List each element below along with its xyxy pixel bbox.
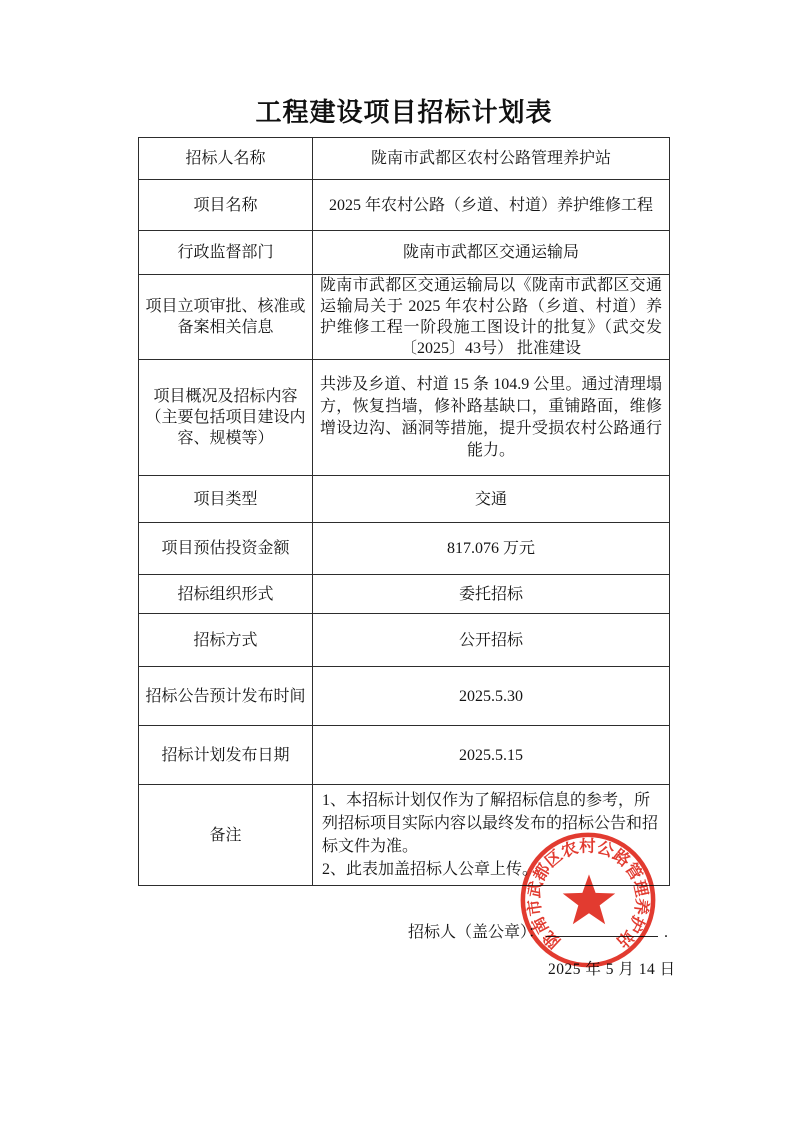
table-row: 行政监督部门 陇南市武都区交通运输局 [139, 231, 670, 275]
table-row: 招标组织形式 委托招标 [139, 575, 670, 614]
signature-period: . [664, 924, 668, 941]
row-label: 项目概况及招标内容（主要包括项目建设内容、规模等） [139, 360, 313, 476]
table-row: 项目预估投资金额 817.076 万元 [139, 523, 670, 575]
row-value: 陇南市武都区交通运输局以《陇南市武都区交通运输局关于 2025 年农村公路（乡道… [313, 275, 670, 360]
row-value: 2025.5.15 [313, 726, 670, 785]
table-row: 招标公告预计发布时间 2025.5.30 [139, 667, 670, 726]
row-value: 共涉及乡道、村道 15 条 104.9 公里。通过清理塌方，恢复挡墙，修补路基缺… [313, 360, 670, 476]
row-label: 项目预估投资金额 [139, 523, 313, 575]
row-label: 招标计划发布日期 [139, 726, 313, 785]
bidding-plan-table: 招标人名称 陇南市武都区农村公路管理养护站 项目名称 2025 年农村公路（乡道… [138, 137, 670, 886]
table-row: 招标计划发布日期 2025.5.15 [139, 726, 670, 785]
official-seal: 陇南市武都区农村公路管理养护站 [514, 826, 662, 974]
row-value: 陇南市武都区交通运输局 [313, 231, 670, 275]
row-label: 项目名称 [139, 180, 313, 231]
row-value: 2025.5.30 [313, 667, 670, 726]
seal-star [563, 874, 615, 924]
table-row: 项目类型 交通 [139, 476, 670, 523]
table-row: 项目立项审批、核准或备案相关信息 陇南市武都区交通运输局以《陇南市武都区交通运输… [139, 275, 670, 360]
row-value: 817.076 万元 [313, 523, 670, 575]
page-title: 工程建设项目招标计划表 [138, 92, 670, 129]
row-label: 招标人名称 [139, 138, 313, 180]
table-row: 招标方式 公开招标 [139, 614, 670, 667]
row-label: 招标组织形式 [139, 575, 313, 614]
row-value: 2025 年农村公路（乡道、村道）养护维修工程 [313, 180, 670, 231]
row-value: 公开招标 [313, 614, 670, 667]
row-label: 项目立项审批、核准或备案相关信息 [139, 275, 313, 360]
row-label: 招标方式 [139, 614, 313, 667]
table-row: 招标人名称 陇南市武都区农村公路管理养护站 [139, 138, 670, 180]
row-label: 备注 [139, 785, 313, 886]
row-label: 行政监督部门 [139, 231, 313, 275]
table-row: 项目名称 2025 年农村公路（乡道、村道）养护维修工程 [139, 180, 670, 231]
row-value: 交通 [313, 476, 670, 523]
table-row: 项目概况及招标内容（主要包括项目建设内容、规模等） 共涉及乡道、村道 15 条 … [139, 360, 670, 476]
row-label: 招标公告预计发布时间 [139, 667, 313, 726]
row-value: 委托招标 [313, 575, 670, 614]
row-label: 项目类型 [139, 476, 313, 523]
row-value: 陇南市武都区农村公路管理养护站 [313, 138, 670, 180]
document-page: 工程建设项目招标计划表 招标人名称 陇南市武都区农村公路管理养护站 项目名称 2… [0, 0, 793, 1122]
